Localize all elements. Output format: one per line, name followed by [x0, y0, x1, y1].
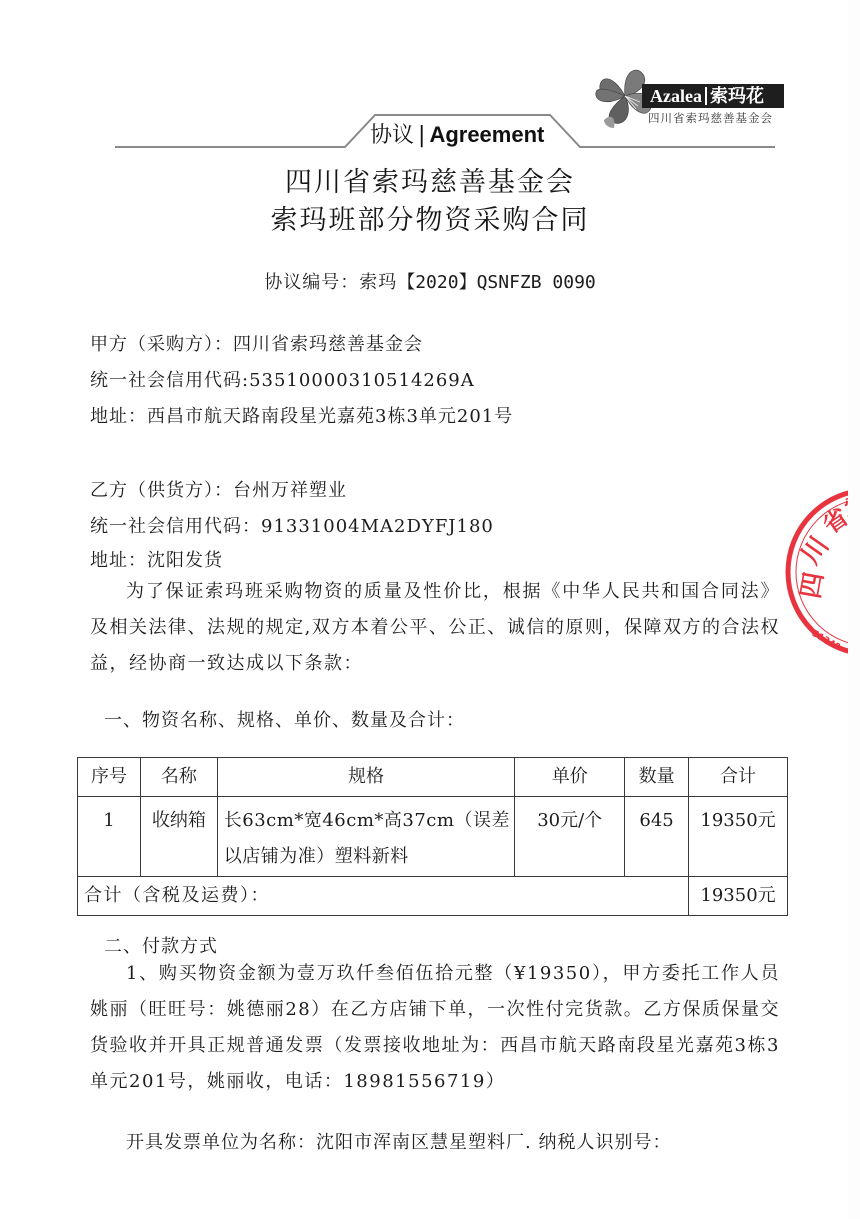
document-title-line2: 索玛班部分物资采购合同: [0, 198, 860, 237]
svg-text:四: 四: [796, 570, 830, 601]
agreement-number: 协议编号：索玛【2020】QSNFZB 0090: [0, 268, 860, 294]
cell-quantity: 645: [625, 797, 689, 877]
banner-separator: |: [418, 123, 425, 148]
party-b-name: 乙方（供货方）：台州万祥塑业: [90, 476, 347, 502]
agreement-number-code: 【2020】QSNFZB 0090: [397, 272, 596, 293]
total-label: 合计（含税及运费）：: [78, 877, 689, 916]
logo-brand-en: Azalea: [650, 86, 702, 106]
header-subtotal: 合计: [689, 758, 788, 797]
logo-separator: [705, 87, 707, 105]
page-edge: [848, 0, 860, 1219]
agreement-banner-label: 协议|Agreement: [370, 118, 544, 150]
table-row: 1 收纳箱 长63cm*宽46cm*高37cm（误差以店铺为准）塑料新料 30元…: [78, 797, 788, 877]
section2-heading: 二、付款方式: [104, 932, 218, 958]
document-title-line1: 四川省索玛慈善基金会: [0, 160, 860, 199]
cell-subtotal: 19350元: [689, 797, 788, 877]
banner-en: Agreement: [429, 122, 544, 147]
party-a-credit-code: 统一社会信用代码:53510000310514269A: [90, 366, 475, 392]
cell-spec: 长63cm*宽46cm*高37cm（误差以店铺为准）塑料新料: [217, 797, 515, 877]
payment-clause-1: 1、购买物资金额为壹万玖仟叁佰伍拾元整（¥19350），甲方委托工作人员姚丽（旺…: [90, 956, 780, 1100]
cell-name: 收纳箱: [140, 797, 217, 877]
header-name: 名称: [140, 758, 217, 797]
header-unit-price: 单价: [515, 758, 625, 797]
svg-text:川: 川: [796, 531, 835, 570]
party-a-address: 地址：西昌市航天路南段星光嘉苑3栋3单元201号: [90, 402, 513, 428]
agreement-number-label: 协议编号：索玛: [264, 272, 397, 293]
section1-heading: 一、物资名称、规格、单价、数量及合计：: [104, 706, 465, 732]
cell-unit-price: 30元/个: [515, 797, 625, 877]
cell-no: 1: [78, 797, 141, 877]
banner-cn: 协议: [370, 123, 414, 148]
preamble-paragraph: 为了保证索玛班采购物资的质量及性价比，根据《中华人民共和国合同法》及相关法律、法…: [90, 574, 780, 682]
logo-brand-bar: Azalea索玛花: [642, 84, 784, 108]
total-value: 19350元: [689, 877, 788, 916]
party-a-name: 甲方（采购方）：四川省索玛慈善基金会: [90, 330, 423, 356]
party-b-address: 地址：沈阳发货: [90, 546, 223, 572]
svg-text:51340: 51340: [810, 629, 842, 653]
header-no: 序号: [78, 758, 141, 797]
table-header-row: 序号 名称 规格 单价 数量 合计: [78, 758, 788, 797]
goods-table: 序号 名称 规格 单价 数量 合计 1 收纳箱 长63cm*宽46cm*高37c…: [77, 757, 788, 916]
logo-brand-cn: 索玛花: [710, 86, 764, 106]
header-spec: 规格: [217, 758, 515, 797]
invoice-issuer-line: 开具发票单位为名称：沈阳市浑南区慧星塑料厂. 纳税人识别号：: [126, 1128, 671, 1154]
table-total-row: 合计（含税及运费）： 19350元: [78, 877, 788, 916]
header-quantity: 数量: [625, 758, 689, 797]
party-b-credit-code: 统一社会信用代码：91331004MA2DYFJ180: [90, 512, 494, 538]
